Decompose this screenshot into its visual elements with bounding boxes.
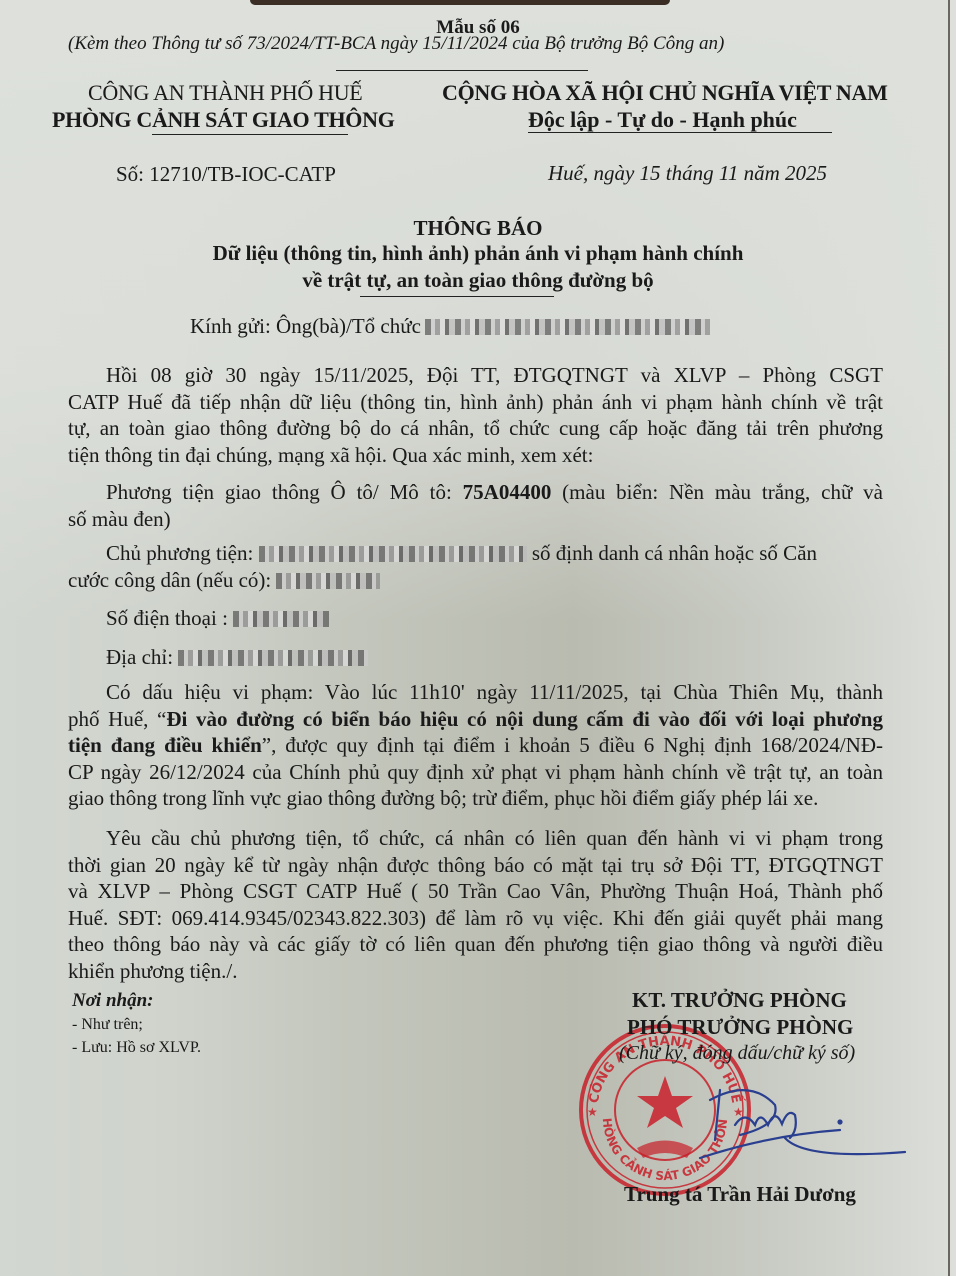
request-paragraph: Yêu cầu chủ phương tiện, tổ chức, cá nhâ… bbox=[68, 825, 883, 984]
agency-name: CÔNG AN THÀNH PHỐ HUẾ bbox=[88, 80, 362, 106]
form-reference: (Kèm theo Thông tư số 73/2024/TT-BCA ngà… bbox=[68, 33, 724, 55]
document-title: THÔNG BÁO bbox=[0, 216, 956, 241]
violation-paragraph: Có dấu hiệu vi phạm: Vào lúc 11h10' ngày… bbox=[68, 679, 883, 812]
country-motto: Độc lập - Tự do - Hạnh phúc bbox=[528, 107, 797, 133]
redacted-recipient bbox=[425, 319, 710, 335]
receivers-title: Nơi nhận: bbox=[72, 990, 153, 1012]
document-subtitle: về trật tự, an toàn giao thông đường bộ bbox=[0, 268, 956, 293]
phone-line: Số điện thoại : bbox=[68, 605, 883, 632]
owner-paragraph: Chủ phương tiện: số định danh cá nhân ho… bbox=[68, 540, 883, 593]
signer-name: Trung tá Trần Hải Dương bbox=[624, 1182, 856, 1207]
document-subtitle: Dữ liệu (thông tin, hình ảnh) phản ánh v… bbox=[0, 241, 956, 266]
document-number: Số: 12710/TB-IOC-CATP bbox=[116, 162, 336, 187]
svg-text:★: ★ bbox=[587, 1105, 598, 1119]
recipient-label: Kính gửi: Ông(bà)/Tổ chức bbox=[190, 314, 421, 338]
divider bbox=[336, 70, 588, 71]
redacted-address bbox=[178, 650, 368, 666]
receiver-item: - Như trên; bbox=[72, 1016, 143, 1034]
signature-position: PHÓ TRƯỞNG PHÒNG bbox=[627, 1015, 853, 1040]
document-date: Huế, ngày 15 tháng 11 năm 2025 bbox=[548, 161, 827, 186]
redacted-phone bbox=[233, 611, 329, 627]
handwritten-signature bbox=[680, 1080, 910, 1170]
redacted-owner-name bbox=[259, 546, 527, 562]
address-line: Địa chỉ: bbox=[68, 644, 883, 671]
divider bbox=[152, 134, 348, 135]
recipient: Kính gửi: Ông(bà)/Tổ chức bbox=[190, 314, 710, 339]
country-name: CỘNG HÒA XÃ HỘI CHỦ NGHĨA VIỆT NAM bbox=[442, 80, 888, 106]
divider bbox=[360, 296, 554, 297]
vehicle-paragraph: Phương tiện giao thông Ô tô/ Mô tô: 75A0… bbox=[68, 479, 883, 532]
redacted-id-number bbox=[276, 573, 380, 589]
signature-title: KT. TRƯỞNG PHÒNG bbox=[632, 988, 847, 1013]
page-right-edge bbox=[948, 0, 950, 1276]
license-plate: 75A04400 bbox=[463, 480, 552, 504]
agency-department: PHÒNG CẢNH SÁT GIAO THÔNG bbox=[52, 107, 395, 133]
signature-note: (Chữ ký, đóng dấu/chữ ký số) bbox=[619, 1042, 855, 1065]
page-top-edge bbox=[250, 0, 670, 5]
violation-description: Đi vào đường có biển báo hiệu có nội dun… bbox=[166, 707, 883, 731]
intro-paragraph: Hồi 08 giờ 30 ngày 15/11/2025, Đội TT, Đ… bbox=[68, 362, 883, 468]
receiver-item: - Lưu: Hồ sơ XLVP. bbox=[72, 1039, 201, 1057]
divider bbox=[528, 132, 832, 133]
violation-description: tiện đang điều khiển bbox=[68, 733, 262, 757]
